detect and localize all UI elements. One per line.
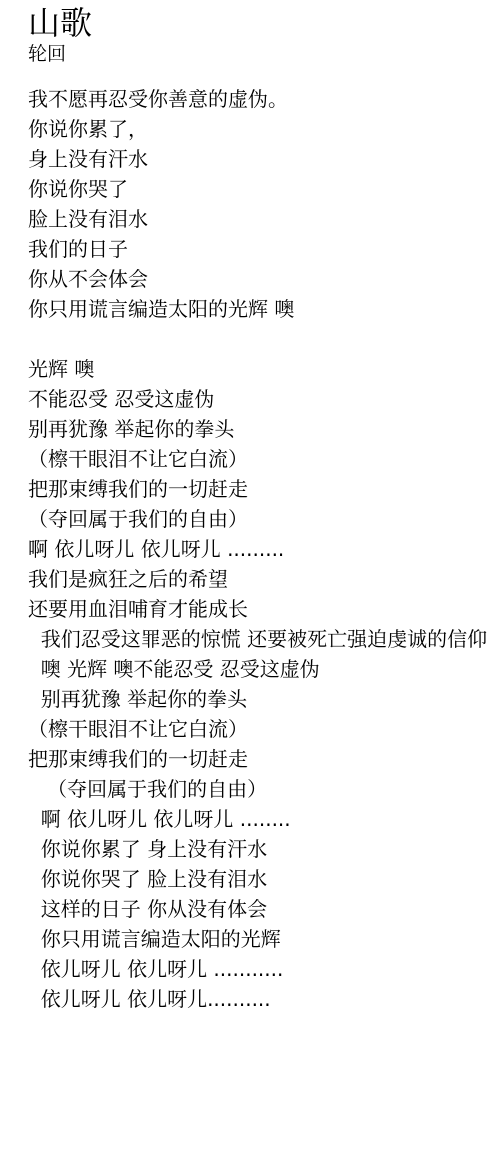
lyric-line: （檫干眼泪不让它白流） — [28, 444, 500, 474]
lyric-line: 光辉 噢 — [28, 354, 500, 384]
lyric-line: 你说你哭了 — [28, 174, 500, 204]
lyric-line: 这样的日子 你从没有体会 — [28, 894, 500, 924]
lyric-line: （夺回属于我们的自由） — [28, 504, 500, 534]
lyric-line: （檫干眼泪不让它白流） — [28, 714, 500, 744]
lyric-line: 不能忍受 忍受这虚伪 — [28, 384, 500, 414]
lyric-line: 别再犹豫 举起你的拳头 — [28, 684, 500, 714]
lyric-line: 你说你累了， — [28, 114, 500, 144]
lyric-line: 你从不会体会 — [28, 264, 500, 294]
lyric-line: 我们是疯狂之后的希望 — [28, 564, 500, 594]
lyric-line: 把那束缚我们的一切赶走 — [28, 744, 500, 774]
lyric-line: 噢 光辉 噢不能忍受 忍受这虚伪 — [28, 654, 500, 684]
lyric-line: 依儿呀儿 依儿呀儿.......... — [28, 984, 500, 1014]
lyric-line: 我们忍受这罪恶的惊慌 还要被死亡强迫虔诚的信仰 — [28, 624, 500, 654]
song-artist: 轮回 — [28, 42, 500, 66]
lyric-line — [28, 324, 500, 354]
lyrics-page: 山歌 轮回 我不愿再忍受你善意的虚伪。你说你累了，身上没有汗水你说你哭了脸上没有… — [0, 0, 500, 1014]
lyric-line: 你说你哭了 脸上没有泪水 — [28, 864, 500, 894]
lyric-line: 别再犹豫 举起你的拳头 — [28, 414, 500, 444]
lyric-line: 我不愿再忍受你善意的虚伪。 — [28, 84, 500, 114]
lyric-line: 依儿呀儿 依儿呀儿 ........... — [28, 954, 500, 984]
lyric-line: （夺回属于我们的自由） — [28, 774, 500, 804]
lyric-line: 还要用血泪哺育才能成长 — [28, 594, 500, 624]
lyric-line: 脸上没有泪水 — [28, 204, 500, 234]
lyric-line: 身上没有汗水 — [28, 144, 500, 174]
lyrics-body: 我不愿再忍受你善意的虚伪。你说你累了，身上没有汗水你说你哭了脸上没有泪水我们的日… — [28, 84, 500, 1014]
lyric-line: 你说你累了 身上没有汗水 — [28, 834, 500, 864]
lyric-line: 把那束缚我们的一切赶走 — [28, 474, 500, 504]
lyric-line: 啊 依儿呀儿 依儿呀儿 ......... — [28, 534, 500, 564]
lyric-line: 啊 依儿呀儿 依儿呀儿 ........ — [28, 804, 500, 834]
song-title: 山歌 — [28, 4, 500, 42]
lyric-line: 你只用谎言编造太阳的光辉 噢 — [28, 294, 500, 324]
lyric-line: 你只用谎言编造太阳的光辉 — [28, 924, 500, 954]
lyric-line: 我们的日子 — [28, 234, 500, 264]
